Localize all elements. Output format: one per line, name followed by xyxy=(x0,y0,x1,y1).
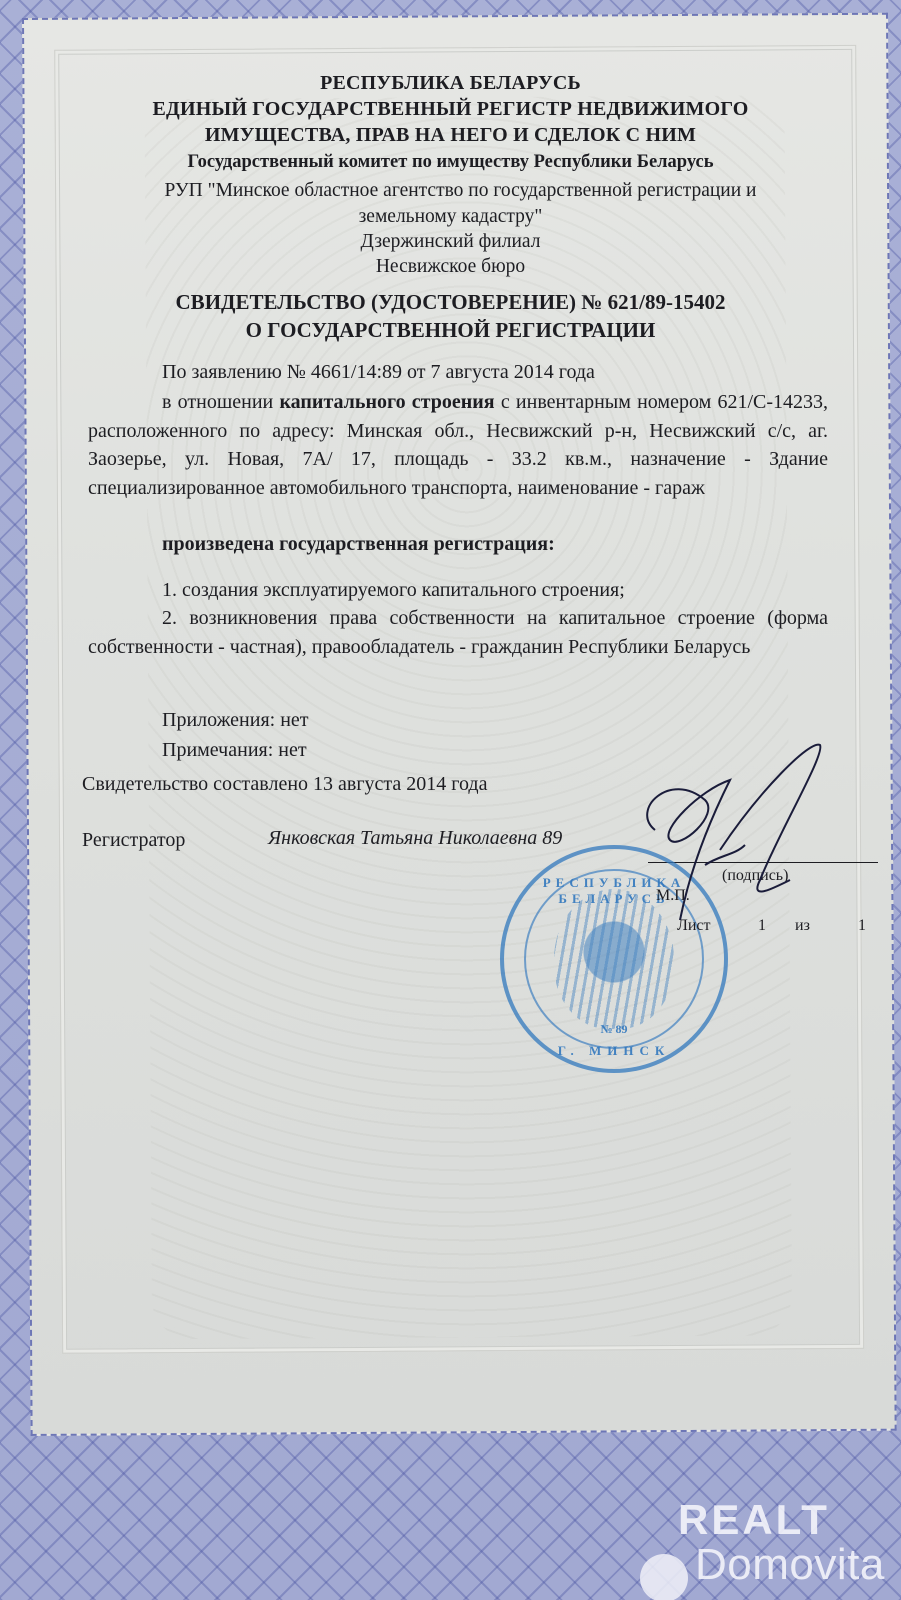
handwritten-signature-icon xyxy=(610,730,860,950)
brand-domovita-text: Domovita xyxy=(695,1540,885,1590)
object-type: капитального строения xyxy=(279,391,494,413)
certificate-content: РЕСПУБЛИКА БЕЛАРУСЬ ЕДИНЫЙ ГОСУДАРСТВЕНН… xyxy=(0,0,901,1440)
header-branch: Дзержинский филиал xyxy=(0,231,901,253)
notes-line: Примечания: нет xyxy=(162,736,307,765)
header-bureau: Несвижское бюро xyxy=(0,256,901,278)
certificate-title-line1: СВИДЕТЕЛЬСТВО (УДОСТОВЕРЕНИЕ) № 621/89-1… xyxy=(0,290,901,315)
realt-domovita-watermark: REALT Domovita xyxy=(640,1500,900,1600)
header-agency-line1: РУП "Минское областное агентство по госу… xyxy=(10,180,901,202)
brand-realt-text: REALT xyxy=(678,1496,830,1544)
application-line: По заявлению № 4661/14:89 от 7 августа 2… xyxy=(162,358,595,387)
header-country: РЕСПУБЛИКА БЕЛАРУСЬ xyxy=(0,72,901,95)
header-committee: Государственный комитет по имуществу Рес… xyxy=(0,152,901,173)
header-register-line1: ЕДИНЫЙ ГОСУДАРСТВЕННЫЙ РЕГИСТР НЕДВИЖИМО… xyxy=(0,98,901,121)
stamp-number: № 89 xyxy=(504,1022,724,1037)
registration-item-1: 1. создания эксплуатируемого капитальног… xyxy=(88,576,828,605)
registration-item-2: 2. возникновения права собственности на … xyxy=(88,604,828,661)
registrar-name: Янковская Татьяна Николаевна 89 xyxy=(268,824,562,853)
registration-heading: произведена государственная регистрация: xyxy=(162,530,555,559)
object-description: в отношении капитального строения с инве… xyxy=(88,388,828,502)
registrar-label: Регистратор xyxy=(82,826,185,855)
brand-circle-icon xyxy=(640,1554,688,1600)
header-agency-line2: земельному кадастру" xyxy=(0,206,901,228)
certificate-title-line2: О ГОСУДАРСТВЕННОЙ РЕГИСТРАЦИИ xyxy=(0,318,901,343)
attachments-line: Приложения: нет xyxy=(162,706,309,735)
object-prefix: в отношении xyxy=(162,391,279,413)
issued-date-line: Свидетельство составлено 13 августа 2014… xyxy=(82,770,487,799)
stamp-bottom-text: Г. МИНСК xyxy=(504,1043,724,1059)
header-register-line2: ИМУЩЕСТВА, ПРАВ НА НЕГО И СДЕЛОК С НИМ xyxy=(0,124,901,147)
